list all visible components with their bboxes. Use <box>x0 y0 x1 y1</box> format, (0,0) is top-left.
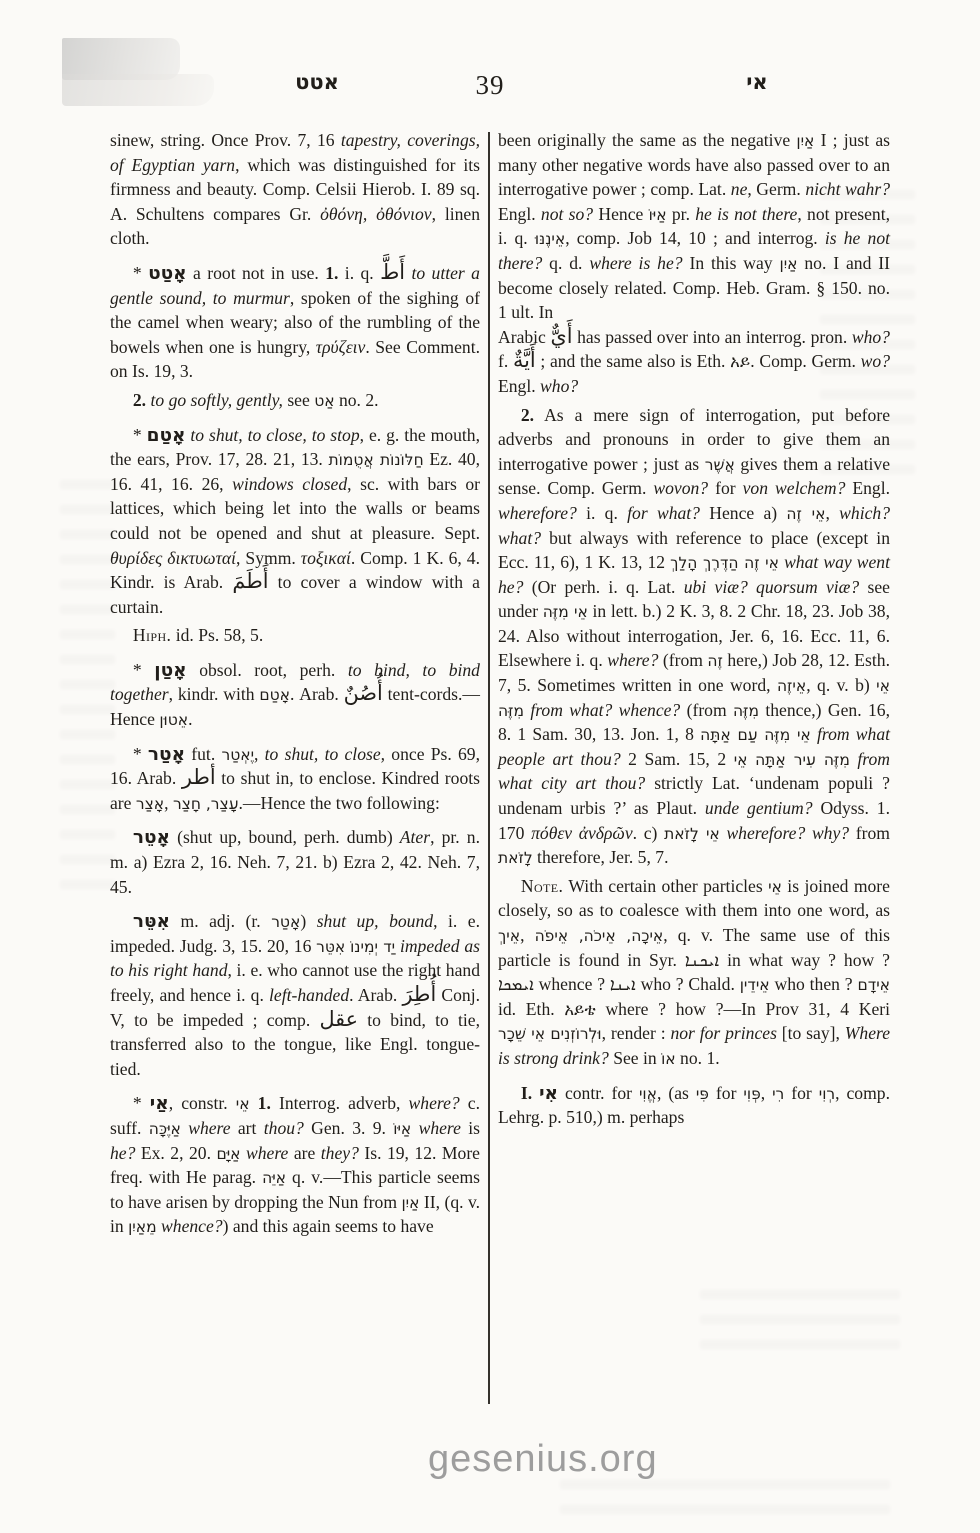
hebrew-word: אֵידֵין <box>740 976 770 994</box>
paragraph-right-1: Arabic أَيٌّ has passed over into an int… <box>498 325 890 399</box>
text-run: , <box>164 793 173 813</box>
text-run: ) <box>300 911 316 931</box>
hebrew-word: אֵיכָה, אֵיכֹה, אֵיפֹה <box>535 927 664 945</box>
text-run: for <box>708 478 743 498</box>
text-run: contr. for <box>558 1083 639 1103</box>
hebrew-word: מֵאַיִן <box>128 1218 157 1236</box>
left-column: sinew, string. Once Prov. 7, 16 tapestry… <box>110 128 480 1404</box>
text-run: , q. v. b) <box>806 675 876 695</box>
italic-text: shut up, bound <box>317 911 433 931</box>
text-run: See in <box>609 1048 661 1068</box>
hebrew-word: אָצַר <box>136 795 164 813</box>
text-run: whence ? <box>534 974 610 994</box>
italic-text: wherefore? <box>498 503 577 523</box>
text-run: Interrog. adverb, <box>271 1093 409 1113</box>
text-run <box>748 749 756 769</box>
text-run: no. 1. <box>676 1048 720 1068</box>
hebrew-word: אָטַר <box>271 913 300 931</box>
text-run: who ? Chald. <box>636 974 740 994</box>
running-head-right: אי <box>722 70 792 94</box>
hebrew-word: אַיֶּכָּה <box>149 1120 181 1138</box>
arabic-word: عقل <box>319 1007 358 1031</box>
text-run: * <box>133 425 147 445</box>
hebrew-word: אֱוִי <box>639 1085 657 1103</box>
text-run: (from <box>658 650 707 670</box>
text-run: art <box>231 1118 264 1138</box>
italic-text: whence? <box>161 1216 223 1236</box>
text-run: [to say], <box>777 1023 845 1043</box>
italic-text: to go softly, gently, <box>150 390 282 410</box>
italic-text: wherefore? why? <box>726 823 849 843</box>
italic-text: where? <box>409 1093 460 1113</box>
italic-text: he? <box>110 1143 135 1163</box>
paragraph-left-3: * אָטַם to shut, to close, to stop, e. g… <box>110 423 480 620</box>
hebrew-word: מִזֶּה עִיר אַתָּה <box>755 751 850 769</box>
ethiopic-word: አይቴ <box>564 999 595 1019</box>
text-run: (shut up, bound, perh. dumb) <box>170 827 400 847</box>
hebrew-word: מִזֶּה <box>733 702 759 720</box>
greek-word: θυρίδες δικτυωταί <box>110 548 236 568</box>
text-run: ) and this again seems to have <box>223 1216 434 1236</box>
hebrew-headword: אָטַם <box>147 425 186 446</box>
syriac-word: ܐܝܡܟܐ <box>498 974 534 994</box>
italic-text: nicht wahr? <box>805 179 890 199</box>
text-run: been originally the same as the negative <box>498 130 796 150</box>
text-run: In this way <box>683 253 780 273</box>
italic-text: wo? <box>861 351 890 371</box>
text-run: sinew, string. Once Prov. 7, 16 <box>110 130 341 150</box>
text-run: .—Hence the two following: <box>239 793 440 813</box>
bold-text: 1. <box>325 263 338 283</box>
bleed-through-ghost <box>60 480 115 900</box>
small-caps-label: Hiph. <box>133 625 171 645</box>
italic-text: not so? <box>541 204 593 224</box>
running-head-left: אטט <box>282 70 352 94</box>
hebrew-word: לָזֹאת <box>498 849 533 867</box>
paragraph-left-2: 2. to go softly, gently, see אַט no. 2. <box>110 388 480 413</box>
text-run: is <box>461 1118 480 1138</box>
hebrew-headword: אִטֵּר <box>133 911 170 932</box>
text-run: i. q. <box>577 503 627 523</box>
italic-text: left-handed <box>269 985 349 1005</box>
paragraph-left-8: אִטֵּר m. adj. (r. אָטַר) shut up, bound… <box>110 909 480 1081</box>
hebrew-word: אַיִן <box>401 1194 419 1212</box>
hebrew-word: אָטַם <box>259 686 290 704</box>
arabic-word: أَيَّةٌ <box>513 348 536 372</box>
text-run: 2 Sam. 15, 2 <box>621 749 734 769</box>
text-run: (Or perh. i. q. Lat. <box>523 577 683 597</box>
arabic-word: أُطِرَ <box>402 982 436 1006</box>
hebrew-word: רִי <box>772 1085 784 1103</box>
italic-text: where <box>188 1118 230 1138</box>
italic-text: Ater <box>400 827 430 847</box>
bold-text: 2. <box>521 405 534 425</box>
hebrew-word: אַט <box>314 392 334 410</box>
hebrew-word: יֶאְטַר <box>221 746 254 764</box>
watermark: gesenius.org <box>428 1438 658 1481</box>
hebrew-word: אַיִן <box>796 132 814 150</box>
text-run: * <box>133 744 148 764</box>
bold-text: 2. <box>133 390 146 410</box>
syriac-word: ܐܝܢܐ <box>610 974 636 994</box>
hebrew-headword: אָטַט <box>148 263 187 284</box>
italic-text: thou? <box>264 1118 304 1138</box>
text-run: , Germ. <box>747 179 805 199</box>
hebrew-headword: אָטַן <box>154 660 186 681</box>
arabic-word: أَطَمَ <box>232 569 268 593</box>
paragraph-right-3: Note. With certain other particles אֵי i… <box>498 874 890 1071</box>
hebrew-word: אֵי מִזֶּה <box>543 603 588 621</box>
italic-text: he is not there <box>695 204 797 224</box>
text-run: With certain other particles <box>563 876 768 896</box>
hebrew-word: אַיּוֹ <box>649 206 667 224</box>
text-run: from <box>849 823 890 843</box>
hebrew-word: אֵינֶנּוּ <box>535 230 565 248</box>
text-run <box>250 1093 258 1113</box>
greek-word: πόθεν ἀνδρῶν <box>531 823 633 843</box>
page-number: 39 <box>440 70 540 101</box>
text-run: , (as <box>657 1083 696 1103</box>
text-run: (from <box>680 700 733 720</box>
hebrew-word: אֵיזֶה <box>777 677 806 695</box>
text-run: * <box>133 263 148 283</box>
italic-text: they? <box>321 1143 359 1163</box>
column-divider <box>488 132 490 1404</box>
text-run: * <box>133 1093 150 1113</box>
text-run: , <box>520 925 534 945</box>
text-run: , <box>761 1083 772 1103</box>
italic-text: where is he? <box>589 253 682 273</box>
text-run: Ex. 2, 20. <box>135 1143 216 1163</box>
hebrew-headword: אַי <box>150 1093 169 1114</box>
hebrew-word: פִּי <box>696 1085 709 1103</box>
hebrew-word: פְּוִי <box>743 1085 760 1103</box>
paragraph-left-1: * אָטַט a root not in use. 1. i. q. أَطَ… <box>110 261 480 384</box>
text-run: id. Eth. <box>498 999 564 1019</box>
text-run: , kindr. with <box>169 684 260 704</box>
hebrew-word: עָצַר, חָצַר <box>173 795 239 813</box>
text-run: id. Ps. 58, 5. <box>171 625 263 645</box>
text-run: . Comp. Germ. <box>750 351 860 371</box>
text-run: are <box>288 1143 320 1163</box>
hebrew-word: אַיֵּה <box>262 1169 286 1187</box>
text-run: ; and the same also is Eth. <box>536 351 731 371</box>
bleed-through-ghost <box>560 1480 890 1520</box>
text-run: Engl. <box>498 204 541 224</box>
paragraph-right-2: 2. As a mere sign of interrogation, put … <box>498 403 890 870</box>
paragraph-left-4: Hiph. id. Ps. 58, 5. <box>110 623 480 648</box>
italic-text: nor for princes <box>670 1023 776 1043</box>
text-run: Gen. 3. 9. <box>304 1118 393 1138</box>
hebrew-word: אַיִן <box>779 255 797 273</box>
hebrew-word: רְוִי <box>819 1085 835 1103</box>
bold-text: I. <box>521 1083 539 1103</box>
text-run: . Arab. <box>290 684 344 704</box>
paragraph-left-0: sinew, string. Once Prov. 7, 16 tapestry… <box>110 128 480 251</box>
text-run: . <box>188 709 192 729</box>
hebrew-word: וּלְרוֹזְנִים אֵי שֵׁכָר <box>498 1025 602 1043</box>
text-run: . c) <box>633 823 664 843</box>
hebrew-word: יַד יְמִינוֹ <box>350 938 395 956</box>
italic-text: who? <box>540 376 578 396</box>
text-run: i. q. <box>338 263 380 283</box>
paragraph-left-6: * אָטַר fut. יֶאְטַר, to shut, to close,… <box>110 742 480 816</box>
text-run: see <box>283 390 314 410</box>
text-run: , comp. Job 14, 10 ; and interrog. <box>565 228 825 248</box>
paragraph-right-4: I. אִי contr. for אֱוִי, (as פִּי for פְ… <box>498 1081 890 1130</box>
hebrew-word: אֵי זֶה הַדֶּרֶךְ הָלַךְ <box>670 554 779 572</box>
italic-text: from what? whence? <box>530 700 680 720</box>
italic-text: to shut, to close, <box>265 744 385 764</box>
arabic-word: أُصُنٌ <box>344 681 383 705</box>
text-run: Engl. <box>498 376 540 396</box>
greek-word: τοξικαί <box>301 548 351 568</box>
text-run: , <box>825 503 839 523</box>
text-run: has passed over into an interrog. pron. <box>573 327 852 347</box>
text-run: where ? how ?—In Prov 31, 4 Keri <box>596 999 890 1019</box>
hebrew-word: זֶה <box>707 652 722 670</box>
italic-text: ubi viæ? quorsum viæ? <box>684 577 859 597</box>
text-run: q. d. <box>542 253 589 273</box>
text-run: , Symm. <box>236 548 301 568</box>
arabic-word: أَطَّ <box>380 260 405 284</box>
arabic-word: أَيٌّ <box>551 324 573 348</box>
text-columns: sinew, string. Once Prov. 7, 16 tapestry… <box>110 128 900 1404</box>
hebrew-headword: אָטֵר <box>133 827 170 848</box>
italic-text: where <box>246 1143 288 1163</box>
arabic-word: أطر <box>182 765 216 789</box>
hebrew-word: אֵי <box>734 751 748 769</box>
hebrew-word: אֵי מִזֶּה עַם אַתָּה <box>700 726 811 744</box>
text-run: who then ? <box>770 974 858 994</box>
text-run: therefore, Jer. 5, 7. <box>533 847 669 867</box>
greek-word: τρύζειν <box>316 337 366 357</box>
italic-text: von welchem? <box>743 478 846 498</box>
text-run: obsol. root, perh. <box>187 660 348 680</box>
text-run: for <box>784 1083 818 1103</box>
hebrew-word: אֲשֶׁר <box>705 456 735 474</box>
hebrew-word: אֵידָם <box>857 976 890 994</box>
small-caps-label: Note. <box>521 876 563 896</box>
hebrew-word: אֵי <box>768 878 782 896</box>
italic-text: to shut, to close, to stop <box>190 425 359 445</box>
text-run: Arabic <box>498 327 551 347</box>
italic-text: where? <box>607 650 658 670</box>
text-run: , constr. <box>169 1093 236 1113</box>
italic-text: unde gentium? <box>705 798 813 818</box>
paragraph-left-7: אָטֵר (shut up, bound, perh. dumb) Ater,… <box>110 825 480 899</box>
text-run: m. adj. (r. <box>170 911 271 931</box>
paragraph-left-9: * אַי, constr. אֵי 1. Interrog. adverb, … <box>110 1091 480 1239</box>
hebrew-word: אַיָּם <box>216 1145 240 1163</box>
hebrew-headword: אִי <box>539 1083 558 1104</box>
text-run: * <box>133 660 154 680</box>
italic-text: wovon? <box>653 478 708 498</box>
italic-text: who? <box>852 327 890 347</box>
text-run: fut. <box>185 744 221 764</box>
text-run: no. 2. <box>335 390 379 410</box>
italic-text: windows closed <box>232 474 347 494</box>
italic-text: where <box>419 1118 461 1138</box>
text-run: . Arab. <box>349 985 402 1005</box>
text-run: , <box>254 744 265 764</box>
bold-text: 1. <box>258 1093 271 1113</box>
ethiopic-word: አይ <box>730 351 750 371</box>
hebrew-word: אֵיךְ <box>498 927 520 945</box>
text-run: pr. <box>667 204 696 224</box>
text-run: Engl. <box>845 478 890 498</box>
text-run: Hence a) <box>700 503 786 523</box>
syriac-word: ܐܝܟܢܐ <box>685 950 719 970</box>
running-head: אטט 39 אי <box>0 70 980 116</box>
text-run: f. <box>498 351 513 371</box>
text-run: for <box>709 1083 743 1103</box>
greek-word: ὀθόνη, ὀθόνιον <box>320 204 432 224</box>
hebrew-headword: אָטַר <box>148 744 185 765</box>
hebrew-word: אֵטוּן <box>159 711 188 729</box>
text-run <box>411 1118 418 1138</box>
hebrew-word: אַיּוֹ <box>393 1120 411 1138</box>
hebrew-word: אִטֵּר <box>316 938 345 956</box>
paragraph-left-5: * אָטַן obsol. root, perh. to bind, to b… <box>110 658 480 732</box>
text-run: in what way ? how ? <box>719 950 890 970</box>
hebrew-word: אוֹ <box>661 1050 676 1068</box>
text-run: Hence <box>593 204 648 224</box>
italic-text: ne <box>731 179 748 199</box>
text-run: , render : <box>602 1023 671 1043</box>
hebrew-word: אֵי לָזֹאת <box>664 825 720 843</box>
text-run: a root not in use. <box>187 263 326 283</box>
book-page: אטט 39 אי sinew, string. Once Prov. 7, 1… <box>0 0 980 1533</box>
hebrew-word: חַלּוֹנוֹת אֲטֻמוֹת <box>329 451 424 469</box>
italic-text: for what? <box>627 503 700 523</box>
hebrew-word: אֵי זֶה <box>786 505 825 523</box>
paragraph-right-0: been originally the same as the negative… <box>498 128 890 325</box>
hebrew-word: אֵי <box>236 1095 250 1113</box>
right-column: been originally the same as the negative… <box>498 128 890 1404</box>
